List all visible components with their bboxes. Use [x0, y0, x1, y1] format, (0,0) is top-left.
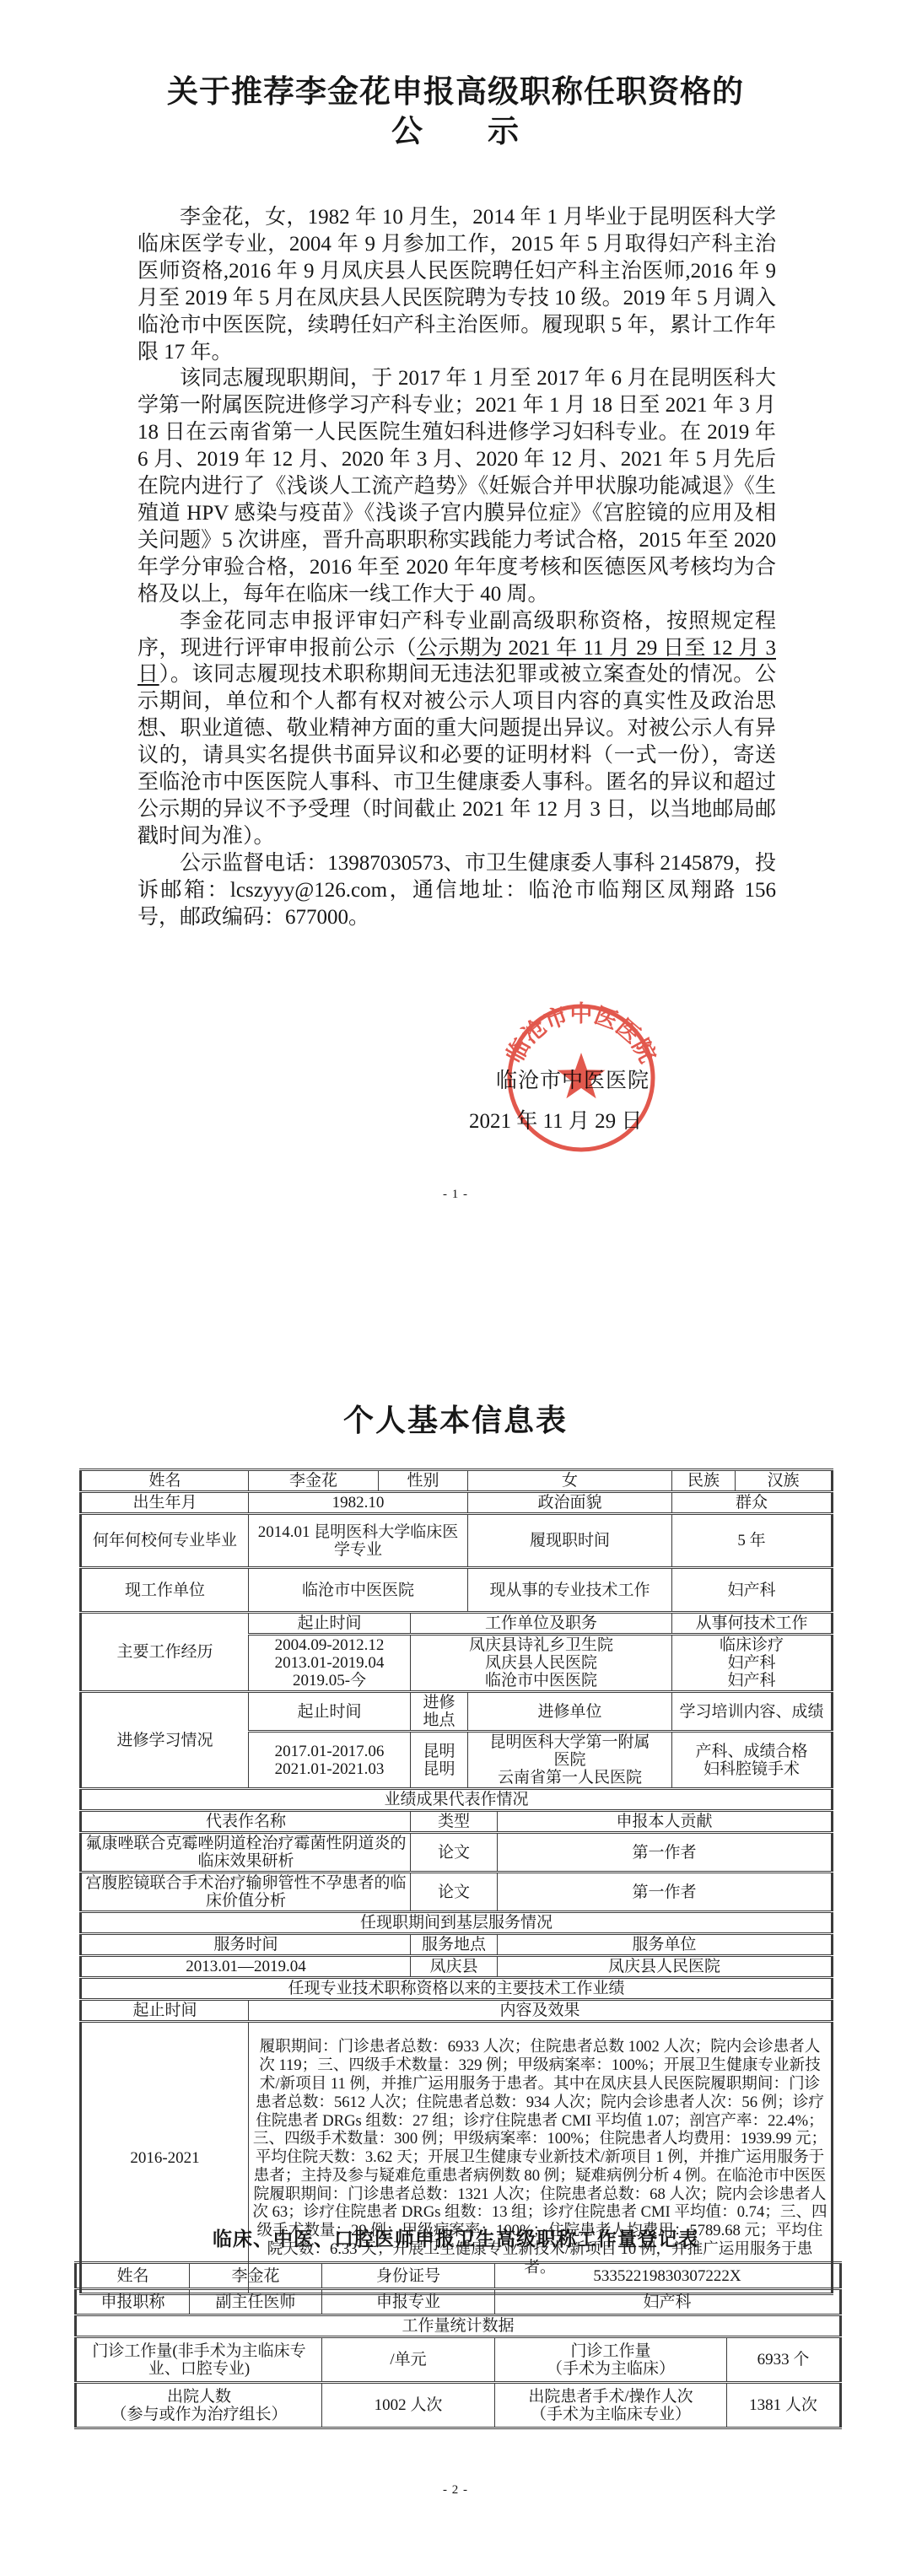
ethnicity-label: 民族: [672, 1470, 736, 1492]
grassroots-unit-header: 服务单位: [498, 1934, 833, 1956]
table-row: 申报职称 副主任医师 申报专业 妇产科: [76, 2289, 841, 2315]
training-results: 产科、成绩合格 妇科腔镜手术: [672, 1732, 833, 1789]
achievement-2-name: 宫腹腔镜联合手术治疗输卵管性不孕患者的临床价值分析: [81, 1873, 411, 1912]
work-history-times: 2004.09-2012.12 2013.01-2019.04 2019.05-…: [249, 1635, 411, 1692]
grassroots-time-value: 2013.01—2019.04: [81, 1956, 411, 1978]
wl-stats-band: 工作量统计数据: [76, 2315, 841, 2337]
wl-specialty-label: 申报专业: [322, 2289, 495, 2315]
training-place-header: 进修 地点: [411, 1692, 468, 1732]
achievement-1-name: 氟康唑联合克霉唑阴道栓治疗霉菌性阴道炎的临床效果研析: [81, 1833, 411, 1873]
performance-band: 任现专业技术职称资格以来的主要技术工作业绩: [81, 1978, 833, 2000]
notice-title: 关于推荐李金花申报高级职称任职资格的 公 示: [0, 73, 911, 152]
name-label: 姓名: [81, 1470, 249, 1492]
official-red-seal-icon: 临沧市中医医院: [503, 1000, 660, 1156]
wl-outpatient-surgical-value: 6933 个: [727, 2337, 841, 2383]
notice-paragraph-contact: 公示监督电话：13987030573、市卫生健康委人事科 2145879，投诉邮…: [137, 850, 776, 931]
wl-title-value: 副主任医师: [190, 2289, 322, 2315]
table-row: 宫腹腔镜联合手术治疗输卵管性不孕患者的临床价值分析 论文 第一作者: [81, 1873, 833, 1912]
table-row: 业绩成果代表作情况: [81, 1789, 833, 1811]
workload-table-title: 临床、中医、口腔医师申报卫生高级职称工作量登记表: [0, 2223, 911, 2251]
table-row: 服务时间 服务地点 服务单位: [81, 1934, 833, 1956]
current-work-value: 妇产科: [672, 1568, 833, 1613]
work-history-role-header: 从事何技术工作: [672, 1613, 833, 1635]
achievement-1-contrib: 第一作者: [498, 1833, 833, 1873]
table-row: 姓名 李金花 身份证号 53352219830307222X: [76, 2263, 841, 2289]
notice-paragraph-2: 该同志履现职期间，于 2017 年 1 月至 2017 年 6 月在昆明医科大学…: [137, 365, 776, 607]
table-row: 门诊工作量(非手术为主临床专业、口腔专业) /单元 门诊工作量 （手术为主临床）…: [76, 2337, 841, 2383]
wl-id-label: 身份证号: [322, 2263, 495, 2289]
wl-discharge-label: 出院人数 （参与或作为治疗组长）: [76, 2383, 322, 2428]
table-row: 任现专业技术职称资格以来的主要技术工作业绩: [81, 1978, 833, 2000]
table-row: 2016-2021 履职期间：门诊患者总数：6933 人次；住院患者总数 100…: [81, 2022, 833, 2294]
political-status-value: 群众: [672, 1492, 833, 1514]
wl-discharge-value: 1002 人次: [322, 2383, 495, 2428]
table-row: 任现职期间到基层服务情况: [81, 1912, 833, 1934]
wl-specialty-value: 妇产科: [495, 2289, 841, 2315]
birthdate-value: 1982.10: [249, 1492, 468, 1514]
birthdate-label: 出生年月: [81, 1492, 249, 1514]
training-places: 昆明 昆明: [411, 1732, 468, 1789]
table-row: 出院人数 （参与或作为治疗组长） 1002 人次 出院患者手术/操作人次 （手术…: [76, 2383, 841, 2428]
training-units: 昆明医科大学第一附属 医院 云南省第一人民医院: [468, 1732, 672, 1789]
table-row: 何年何校何专业毕业 2014.01 昆明医科大学临床医学专业 履现职时间 5 年: [81, 1514, 833, 1568]
training-unit-header: 进修单位: [468, 1692, 672, 1732]
work-history-unit-header: 工作单位及职务: [411, 1613, 672, 1635]
performance-content-header: 内容及效果: [249, 2000, 833, 2022]
graduation-label: 何年何校何专业毕业: [81, 1514, 249, 1568]
table-row: 现工作单位 临沧市中医医院 现从事的专业技术工作 妇产科: [81, 1568, 833, 1613]
gender-value: 女: [468, 1470, 672, 1492]
achievement-2-type: 论文: [411, 1873, 498, 1912]
achievements-band: 业绩成果代表作情况: [81, 1789, 833, 1811]
notice-paragraph-3: 李金花同志申报评审妇产科专业副高级职称资格，按照规定程序，现进行评审申报前公示（…: [137, 608, 776, 850]
performance-period: 2016-2021: [81, 2022, 249, 2294]
grassroots-time-header: 服务时间: [81, 1934, 411, 1956]
notice-title-line1: 关于推荐李金花申报高级职称任职资格的: [0, 73, 911, 112]
political-status-label: 政治面貌: [468, 1492, 672, 1514]
table-row: 进修学习情况 起止时间 进修 地点 进修单位 学习培训内容、成绩: [81, 1692, 833, 1732]
info-table-title: 个人基本信息表: [0, 1397, 911, 1440]
wl-name-value: 李金花: [190, 2263, 322, 2289]
achievement-type-header: 类型: [411, 1811, 498, 1833]
current-work-label: 现从事的专业技术工作: [468, 1568, 672, 1613]
p3-post: ）。该同志履现技术职称期间无违法犯罪或被立案查处的情况。公示期间，单位和个人都有…: [137, 663, 776, 847]
achievement-contrib-header: 申报本人贡献: [498, 1811, 833, 1833]
achievement-2-contrib: 第一作者: [498, 1873, 833, 1912]
tenure-label: 履现职时间: [468, 1514, 672, 1568]
performance-time-header: 起止时间: [81, 2000, 249, 2022]
table-row: 起止时间 内容及效果: [81, 2000, 833, 2022]
workload-table: 姓名 李金花 身份证号 53352219830307222X 申报职称 副主任医…: [74, 2261, 842, 2429]
grassroots-band: 任现职期间到基层服务情况: [81, 1912, 833, 1934]
ethnicity-value: 汉族: [736, 1470, 833, 1492]
grassroots-place-header: 服务地点: [411, 1934, 498, 1956]
current-employer-label: 现工作单位: [81, 1568, 249, 1613]
wl-name-label: 姓名: [76, 2263, 190, 2289]
table-row: 工作量统计数据: [76, 2315, 841, 2337]
personal-info-table: 姓名 李金花 性别 女 民族 汉族 出生年月 1982.10 政治面貌 群众 何…: [79, 1469, 833, 2295]
achievement-name-header: 代表作名称: [81, 1811, 411, 1833]
graduation-value: 2014.01 昆明医科大学临床医学专业: [249, 1514, 468, 1568]
seal-star-icon: [558, 1053, 606, 1098]
wl-outpatient-nonsurgical-label: 门诊工作量(非手术为主临床专业、口腔专业): [76, 2337, 322, 2383]
page-number-1: - 1 -: [0, 1188, 911, 1202]
table-row: 代表作名称 类型 申报本人贡献: [81, 1811, 833, 1833]
training-time-header: 起止时间: [249, 1692, 411, 1732]
training-result-header: 学习培训内容、成绩: [672, 1692, 833, 1732]
notice-paragraph-1: 李金花，女，1982 年 10 月生，2014 年 1 月毕业于昆明医科大学临床…: [137, 204, 776, 365]
table-row: 氟康唑联合克霉唑阴道栓治疗霉菌性阴道炎的临床效果研析 论文 第一作者: [81, 1833, 833, 1873]
table-row: 主要工作经历 起止时间 工作单位及职务 从事何技术工作: [81, 1613, 833, 1635]
wl-outpatient-nonsurgical-value: /单元: [322, 2337, 495, 2383]
wl-surgery-count-value: 1381 人次: [727, 2383, 841, 2428]
name-value: 李金花: [249, 1470, 379, 1492]
table-row: 姓名 李金花 性别 女 民族 汉族: [81, 1470, 833, 1492]
work-history-roles: 临床诊疗 妇产科 妇产科: [672, 1635, 833, 1692]
table-row: 出生年月 1982.10 政治面貌 群众: [81, 1492, 833, 1514]
notice-title-line2: 公 示: [0, 112, 911, 152]
table-row: 2013.01—2019.04 凤庆县 凤庆县人民医院: [81, 1956, 833, 1978]
notice-body: 李金花，女，1982 年 10 月生，2014 年 1 月毕业于昆明医科大学临床…: [137, 204, 776, 930]
training-label: 进修学习情况: [81, 1692, 249, 1789]
grassroots-unit-value: 凤庆县人民医院: [498, 1956, 833, 1978]
achievement-1-type: 论文: [411, 1833, 498, 1873]
wl-title-label: 申报职称: [76, 2289, 190, 2315]
page-number-2: - 2 -: [0, 2483, 911, 2498]
wl-id-value: 53352219830307222X: [495, 2263, 841, 2289]
current-employer-value: 临沧市中医医院: [249, 1568, 468, 1613]
performance-content: 履职期间：门诊患者总数：6933 人次；住院患者总数 1002 人次；院内会诊患…: [249, 2022, 833, 2294]
training-times: 2017.01-2017.06 2021.01-2021.03: [249, 1732, 411, 1789]
work-history-label: 主要工作经历: [81, 1613, 249, 1692]
gender-label: 性别: [379, 1470, 468, 1492]
work-history-time-header: 起止时间: [249, 1613, 411, 1635]
grassroots-place-value: 凤庆县: [411, 1956, 498, 1978]
wl-surgery-count-label: 出院患者手术/操作人次 （手术为主临床专业）: [495, 2383, 727, 2428]
tenure-value: 5 年: [672, 1514, 833, 1568]
wl-outpatient-surgical-label: 门诊工作量 （手术为主临床）: [495, 2337, 727, 2383]
work-history-units: 凤庆县诗礼乡卫生院 凤庆县人民医院 临沧市中医医院: [411, 1635, 672, 1692]
